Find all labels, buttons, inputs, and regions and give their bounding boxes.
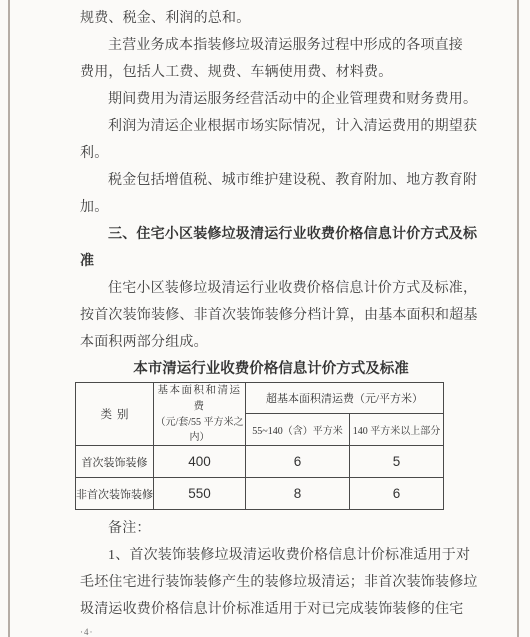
notes-label: 备注：: [80, 515, 462, 542]
page-border-right: [517, 0, 519, 637]
paragraph-line: 加。: [80, 194, 462, 221]
table-cell-basic-fee: 550: [154, 478, 246, 510]
paragraph-line: 本面积两部分组成。: [80, 329, 462, 356]
table-cell-basic-fee: 400: [154, 446, 246, 478]
table-cell-category: 非首次装饰装修: [76, 478, 154, 510]
paragraph-line: 住宅小区装修垃圾清运行业收费价格信息计价方式及标准，: [80, 275, 462, 302]
table-title: 本市清运行业收费价格信息计价方式及标准: [80, 356, 462, 382]
page-content: 规费、税金、利润的总和。 主营业务成本指装修垃圾清运服务过程中形成的各项直接 费…: [80, 5, 462, 637]
paragraph-line: 规费、税金、利润的总和。: [80, 5, 462, 32]
page-number: ·4·: [80, 623, 462, 637]
table-header-over-group: 超基本面积清运费（元/平方米）: [246, 383, 444, 414]
section-heading: 准: [80, 248, 462, 275]
table-header-basic-fee: 基本面积和清运费 （元/套/55 平方米之内）: [154, 383, 246, 446]
paragraph-line: 按首次装饰装修、非首次装饰装修分档计算，由基本面积和超基: [80, 302, 462, 329]
table-row: 首次装饰装修 400 6 5: [76, 446, 444, 478]
document-page: 规费、税金、利润的总和。 主营业务成本指装修垃圾清运服务过程中形成的各项直接 费…: [0, 0, 530, 637]
table-header-basic-fee-name: 基本面积和清运费: [154, 383, 245, 415]
table-cell-over2: 6: [350, 478, 444, 510]
table-cell-over2: 5: [350, 446, 444, 478]
section-heading: 三、住宅小区装修垃圾清运行业收费价格信息计价方式及标: [80, 221, 462, 248]
paragraph-line: 主营业务成本指装修垃圾清运服务过程中形成的各项直接: [80, 32, 462, 59]
fee-table: 类别 基本面积和清运费 （元/套/55 平方米之内） 超基本面积清运费（元/平方…: [75, 382, 444, 510]
paragraph-line: 费用，包括人工费、规费、车辆使用费、材料费。: [80, 59, 462, 86]
table-header-over-col2: 140 平方米以上部分: [350, 413, 444, 445]
paragraph-line: 利润为清运企业根据市场实际情况，计入清运费用的期望获: [80, 113, 462, 140]
note-line: 1、首次装饰装修垃圾清运收费价格信息计价标准适用于对: [80, 542, 462, 569]
table-header-over-col1: 55~140（含）平方米: [246, 413, 350, 445]
note-line: 圾清运收费价格信息计价标准适用于对已完成装饰装修的住宅: [80, 596, 462, 623]
paragraph-line: 期间费用为清运服务经营活动中的企业管理费和财务费用。: [80, 86, 462, 113]
table-header-category: 类别: [76, 383, 154, 446]
table-cell-over1: 6: [246, 446, 350, 478]
table-row: 非首次装饰装修 550 8 6: [76, 478, 444, 510]
table-cell-category: 首次装饰装修: [76, 446, 154, 478]
notes-section: 备注： 1、首次装饰装修垃圾清运收费价格信息计价标准适用于对 毛坯住宅进行装饰装…: [80, 515, 462, 623]
table-header-basic-fee-unit: （元/套/55 平方米之内）: [154, 415, 245, 445]
table-cell-over1: 8: [246, 478, 350, 510]
note-line: 毛坯住宅进行装饰装修产生的装修垃圾清运；非首次装饰装修垃: [80, 569, 462, 596]
paragraph-line: 税金包括增值税、城市维护建设税、教育附加、地方教育附: [80, 167, 462, 194]
paragraph-line: 利。: [80, 140, 462, 167]
page-border-left: [8, 0, 10, 637]
